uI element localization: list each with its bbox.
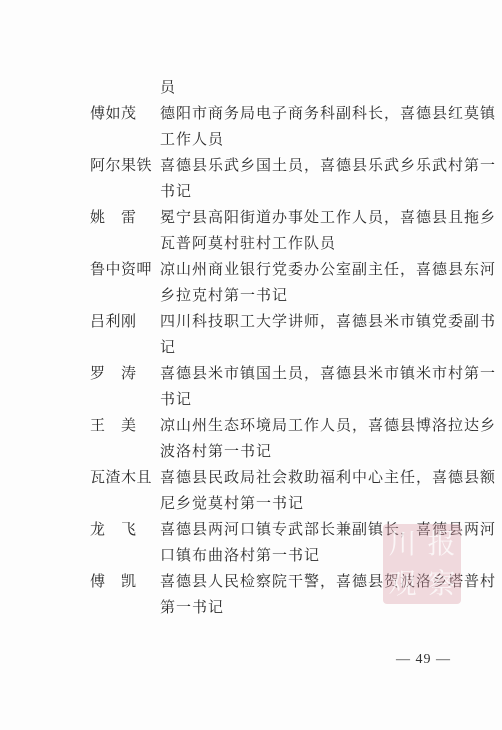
description-line: 喜德县人民检察院干警，喜德县贺波洛乡塔普村 [160,568,496,594]
person-name: 傅 凯 [90,568,160,594]
person-description: 凉山州商业银行党委办公室副主任，喜德县东河 乡拉克村第一书记 [160,256,496,308]
list-entry: 瓦渣木且 喜德县民政局社会救助福利中心主任，喜德县额 尼乡觉莫村第一书记 [90,464,455,516]
person-name: 傅如茂 [90,100,160,126]
person-description: 喜德县米市镇国土员，喜德县米市镇米市村第一 书记 [160,360,496,412]
person-description: 喜德县两河口镇专武部长兼副镇长，喜德县两河 口镇布曲洛村第一书记 [160,516,496,568]
description-line: 喜德县两河口镇专武部长兼副镇长，喜德县两河 [160,516,496,542]
person-name: 吕利刚 [90,308,160,334]
page-number: — 49 — [396,652,451,668]
person-description: 喜德县人民检察院干警，喜德县贺波洛乡塔普村 第一书记 [160,568,496,620]
description-line: 工作人员 [160,126,496,152]
description-line: 乡拉克村第一书记 [160,282,496,308]
person-name: 王 美 [90,412,160,438]
list-entry: 吕利刚 四川科技职工大学讲师，喜德县米市镇党委副书 记 [90,308,455,360]
description-line: 书记 [160,178,496,204]
description-line: 书记 [160,386,496,412]
list-entry: 傅 凯 喜德县人民检察院干警，喜德县贺波洛乡塔普村 第一书记 [90,568,455,620]
person-name: 龙 飞 [90,516,160,542]
person-description: 喜德县乐武乡国土员，喜德县乐武乡乐武村第一 书记 [160,152,496,204]
person-name: 阿尔果铁 [90,152,160,178]
document-page: 员 傅如茂 德阳市商务局电子商务科副科长，喜德县红莫镇 工作人员 阿尔果铁 喜德… [0,0,502,730]
person-description: 喜德县民政局社会救助福利中心主任，喜德县额 尼乡觉莫村第一书记 [160,464,496,516]
description-line: 喜德县乐武乡国土员，喜德县乐武乡乐武村第一 [160,152,496,178]
person-description: 凉山州生态环境局工作人员，喜德县博洛拉达乡 波洛村第一书记 [160,412,496,464]
description-line: 冕宁县高阳街道办事处工作人员，喜德县且拖乡 [160,204,496,230]
person-description: 四川科技职工大学讲师，喜德县米市镇党委副书 记 [160,308,496,360]
list-entry: 姚 雷 冕宁县高阳街道办事处工作人员，喜德县且拖乡 瓦普阿莫村驻村工作队员 [90,204,455,256]
description-line: 喜德县民政局社会救助福利中心主任，喜德县额 [160,464,496,490]
person-description: 冕宁县高阳街道办事处工作人员，喜德县且拖乡 瓦普阿莫村驻村工作队员 [160,204,496,256]
description-line: 波洛村第一书记 [160,438,496,464]
person-name: 瓦渣木且 [90,464,160,490]
person-name: 鲁中资呷 [90,256,160,282]
description-line: 四川科技职工大学讲师，喜德县米市镇党委副书 [160,308,496,334]
description-line: 德阳市商务局电子商务科副科长，喜德县红莫镇 [160,100,496,126]
list-entry: 罗 涛 喜德县米市镇国土员，喜德县米市镇米市村第一 书记 [90,360,455,412]
continuation-line: 员 [90,74,455,100]
list-entry: 阿尔果铁 喜德县乐武乡国土员，喜德县乐武乡乐武村第一 书记 [90,152,455,204]
person-description: 德阳市商务局电子商务科副科长，喜德县红莫镇 工作人员 [160,100,496,152]
description-line: 第一书记 [160,594,496,620]
description-line: 口镇布曲洛村第一书记 [160,542,496,568]
description-line: 记 [160,334,496,360]
description-line: 凉山州商业银行党委办公室副主任，喜德县东河 [160,256,496,282]
list-entry: 龙 飞 喜德县两河口镇专武部长兼副镇长，喜德县两河 口镇布曲洛村第一书记 [90,516,455,568]
description-line: 尼乡觉莫村第一书记 [160,490,496,516]
personnel-list: 员 傅如茂 德阳市商务局电子商务科副科长，喜德县红莫镇 工作人员 阿尔果铁 喜德… [90,74,455,620]
person-name: 姚 雷 [90,204,160,230]
list-entry: 鲁中资呷 凉山州商业银行党委办公室副主任，喜德县东河 乡拉克村第一书记 [90,256,455,308]
description-line: 瓦普阿莫村驻村工作队员 [160,230,496,256]
description-line: 凉山州生态环境局工作人员，喜德县博洛拉达乡 [160,412,496,438]
person-name: 罗 涛 [90,360,160,386]
list-entry: 王 美 凉山州生态环境局工作人员，喜德县博洛拉达乡 波洛村第一书记 [90,412,455,464]
description-line: 喜德县米市镇国土员，喜德县米市镇米市村第一 [160,360,496,386]
list-entry: 傅如茂 德阳市商务局电子商务科副科长，喜德县红莫镇 工作人员 [90,100,455,152]
